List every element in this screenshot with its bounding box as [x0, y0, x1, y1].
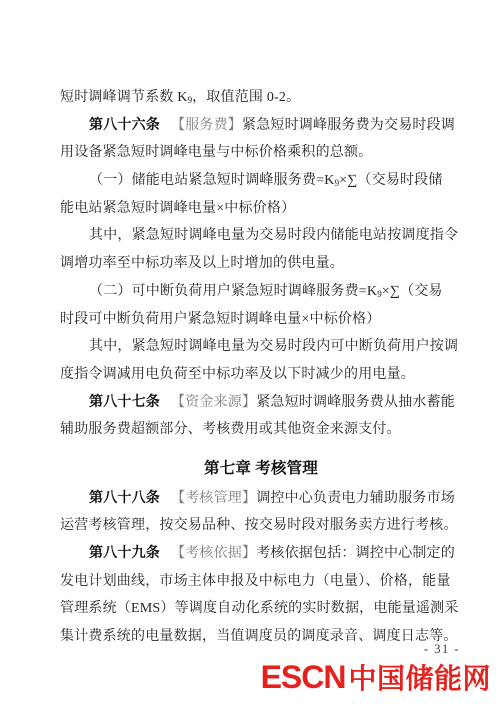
text-line: 第八十六条 【服务费】紧急短时调峰服务费为交易时段调 — [60, 112, 462, 140]
text-line: 其中，紧急短时调峰电量为交易时段内储能电站按调度指令 — [60, 222, 462, 250]
text-line: 辅助服务费超额部分、考核费用或其他资金来源支付。 — [60, 416, 462, 444]
text-line: 第八十九条 【考核依据】考核依据包括：调控中心制定的 — [60, 540, 462, 568]
text-line: 第八十七条 【资金来源】紧急短时调峰服务费从抽水蓄能 — [60, 389, 462, 417]
escn-logo: ESCN 中国储能网 — [261, 661, 491, 693]
text-run: 发电计划曲线，市场主体申报及中标电力（电量）、价格，能量 — [60, 574, 451, 589]
text-run: 时段可中断负荷用户紧急短时调峰电量×中标价格） — [60, 312, 381, 327]
text-run: 其中，紧急短时调峰电量为交易时段内储能电站按调度指令 — [89, 228, 458, 243]
page-number: - 31 - — [0, 642, 460, 657]
clause-tag: 【考核依据】 — [171, 546, 256, 561]
text-run: （二）可中断负荷用户紧急短时调峰服务费=K — [89, 284, 377, 299]
space-gap — [160, 389, 171, 417]
chapter-heading: 第七章 考核管理 — [60, 455, 462, 483]
text-line: 运营考核管理，按交易品种、按交易时段对服务卖方进行考核。 — [60, 512, 462, 540]
article-number: 第八十七条 — [89, 395, 160, 410]
text-line: 发电计划曲线，市场主体申报及中标电力（电量）、价格，能量 — [60, 568, 462, 596]
text-line: 第八十八条 【考核管理】调控中心负责电力辅助服务市场 — [60, 485, 462, 513]
document-body: 短时调峰调节系数 K9，取值范围 0-2。第八十六条 【服务费】紧急短时调峰服务… — [60, 84, 462, 651]
text-run: ，取值范围 0-2。 — [192, 90, 300, 105]
text-line: 短时调峰调节系数 K9，取值范围 0-2。 — [60, 84, 462, 112]
space-gap — [160, 112, 171, 140]
article-number: 第八十六条 — [89, 118, 160, 133]
article-number: 第八十九条 — [89, 546, 160, 561]
text-run: 运营考核管理，按交易品种、按交易时段对服务卖方进行考核。 — [60, 518, 458, 533]
text-line: 调增功率至中标功率及以上时增加的供电量。 — [60, 250, 462, 278]
text-run: 辅助服务费超额部分、考核费用或其他资金来源支付。 — [60, 422, 401, 437]
escn-logo-latin-text: ESCN — [261, 661, 346, 693]
clause-tag: 【服务费】 — [171, 118, 242, 133]
text-run: 考核依据包括：调控中心制定的 — [256, 546, 455, 561]
text-run: 管理系统（EMS）等调度自动化系统的实时数据，电能量遥测采 — [60, 601, 459, 616]
text-line: 时段可中断负荷用户紧急短时调峰电量×中标价格） — [60, 306, 462, 334]
text-run: 其中，紧急短时调峰电量为交易时段内可中断负荷用户按调 — [89, 339, 458, 354]
space-gap — [160, 485, 171, 513]
text-run: 调增功率至中标功率及以上时增加的供电量。 — [60, 256, 344, 271]
text-run: ×∑（交易 — [382, 284, 443, 299]
text-line: 用设备紧急短时调峰电量与中标价格乘积的总额。 — [60, 139, 462, 167]
clause-tag: 【资金来源】 — [171, 395, 256, 410]
clause-tag: 【考核管理】 — [171, 491, 256, 506]
article-number: 第八十八条 — [89, 491, 160, 506]
text-line: 其中，紧急短时调峰电量为交易时段内可中断负荷用户按调 — [60, 333, 462, 361]
text-run: ×∑（交易时段储 — [339, 173, 442, 188]
text-line: 能电站紧急短时调峰电量×中标价格） — [60, 195, 462, 223]
space-gap — [160, 540, 171, 568]
text-line: （二）可中断负荷用户紧急短时调峰服务费=K9×∑（交易 — [60, 278, 462, 306]
text-run: 调控中心负责电力辅助服务市场 — [256, 491, 455, 506]
text-run: 能电站紧急短时调峰电量×中标价格） — [60, 201, 295, 216]
text-run: 紧急短时调峰服务费为交易时段调 — [242, 118, 455, 133]
text-run: 度指令调减用电负荷至中标功率及以下时减少的用电量。 — [60, 367, 415, 382]
text-line: 度指令调减用电负荷至中标功率及以下时减少的用电量。 — [60, 361, 462, 389]
text-run: （一）储能电站紧急短时调峰服务费=K — [89, 173, 335, 188]
text-run: 用设备紧急短时调峰电量与中标价格乘积的总额。 — [60, 145, 372, 160]
document-page: 短时调峰调节系数 K9，取值范围 0-2。第八十六条 【服务费】紧急短时调峰服务… — [0, 0, 500, 706]
text-line: 管理系统（EMS）等调度自动化系统的实时数据，电能量遥测采 — [60, 595, 462, 623]
text-run: 紧急短时调峰服务费从抽水蓄能 — [256, 395, 455, 410]
text-run: 短时调峰调节系数 K — [60, 90, 188, 105]
escn-logo-chinese-text: 中国储能网 — [348, 665, 491, 693]
text-line: （一）储能电站紧急短时调峰服务费=K9×∑（交易时段储 — [60, 167, 462, 195]
